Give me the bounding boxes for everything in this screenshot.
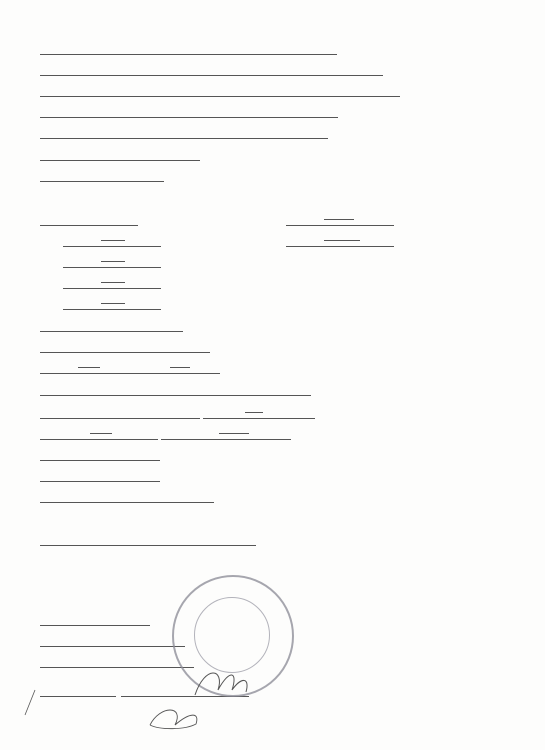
storage-dash	[219, 433, 249, 434]
room-5-dash	[101, 303, 125, 304]
hall-dash	[245, 412, 263, 413]
walls-row	[40, 63, 383, 76]
toilet-floor-field	[230, 126, 328, 139]
storeys-field	[40, 169, 164, 182]
living-area-field	[40, 319, 183, 332]
closet-field	[40, 427, 158, 440]
floor-types-row	[40, 126, 328, 139]
located-field	[40, 148, 200, 161]
walls-field	[40, 63, 383, 76]
price-row	[40, 655, 194, 668]
corridor-row	[40, 406, 315, 419]
storage-field	[161, 427, 291, 440]
kitchen-area-row	[40, 340, 210, 353]
room-6-dash	[324, 219, 354, 220]
room-3-row	[63, 255, 163, 268]
official-stamp	[172, 575, 294, 697]
room-4-row	[63, 276, 163, 289]
ceiling-field	[40, 84, 400, 97]
room-1-field	[40, 213, 138, 226]
room-6-row	[286, 213, 400, 226]
sink-field	[140, 361, 220, 374]
cable-row	[40, 613, 150, 626]
commissioned-row	[40, 634, 185, 647]
room-1-row	[40, 213, 144, 226]
kitchen-area-field	[40, 340, 210, 353]
director-signature-field	[40, 684, 116, 697]
room-2-dash	[101, 240, 125, 241]
heating-row	[40, 533, 256, 546]
room-4-dash	[101, 282, 125, 283]
balcony-row	[40, 448, 160, 461]
closet-row	[40, 427, 291, 440]
floor-field	[40, 105, 338, 118]
price-field	[40, 655, 194, 668]
stamp-ring-text	[172, 575, 290, 693]
height-field	[40, 490, 214, 503]
room-5-field	[63, 297, 161, 310]
room-4-field	[63, 276, 161, 289]
room-7-dash	[324, 240, 360, 241]
floor-row	[40, 105, 338, 118]
living-area-row	[40, 319, 187, 332]
room-2-field	[63, 234, 161, 247]
bath-row	[40, 383, 311, 396]
series-field	[40, 42, 337, 55]
stove-row	[40, 361, 220, 374]
total-area-row	[40, 469, 160, 482]
room-5-row	[63, 297, 163, 310]
corridor-floor-field	[40, 126, 135, 139]
room-7-row	[286, 234, 396, 247]
cable-field	[40, 613, 150, 626]
total-area-field	[40, 469, 160, 482]
rooms-count-row	[40, 191, 92, 203]
stove-dash	[78, 367, 100, 368]
ceiling-row	[40, 84, 400, 97]
storeys-row	[40, 169, 164, 182]
heating-field	[40, 533, 256, 546]
room-7-field	[286, 234, 394, 247]
room-3-dash	[101, 261, 125, 262]
sink-dash	[170, 367, 190, 368]
corridor-field	[40, 406, 200, 419]
kitchen-floor-field	[135, 126, 230, 139]
bath-field	[40, 383, 177, 396]
hall-field	[203, 406, 315, 419]
located-row	[40, 148, 200, 161]
room-6-field	[286, 213, 394, 226]
height-row	[40, 490, 214, 503]
commissioned-field	[40, 634, 185, 647]
toilet-area-field	[177, 383, 311, 396]
stove-field	[40, 361, 140, 374]
room-2-row	[63, 234, 167, 247]
balcony-field	[40, 448, 160, 461]
series-row	[40, 42, 337, 55]
closet-dash	[90, 433, 112, 434]
room-3-field	[63, 255, 161, 268]
